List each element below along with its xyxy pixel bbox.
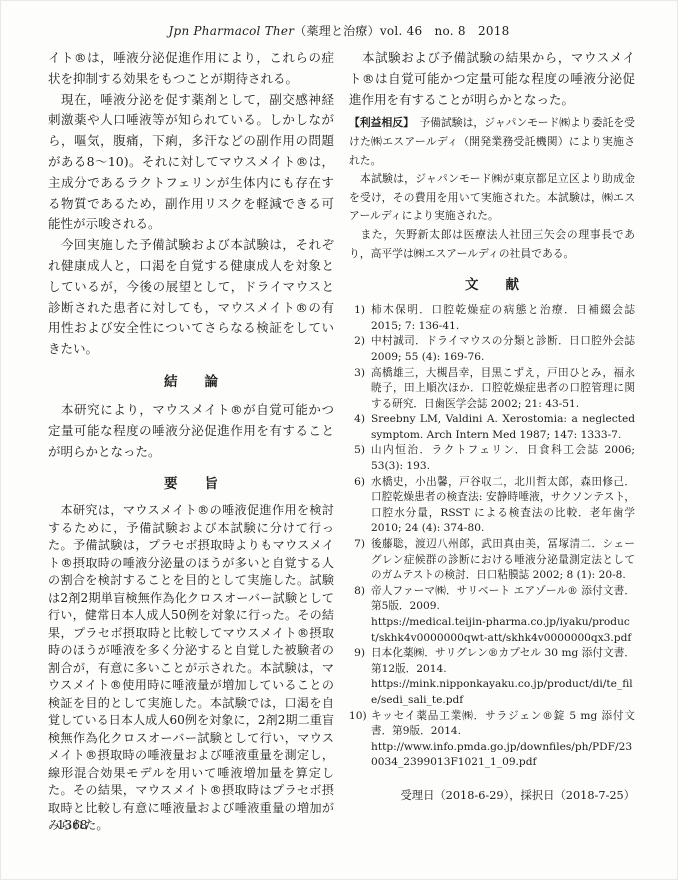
receipt-acceptance-dates: 受理日（2018-6-29），採択日（2018-7-25） xyxy=(349,787,635,803)
right-column: 本試験および予備試験の結果から，マウスメイト®は自覚可能かつ定量可能な程度の唾液… xyxy=(349,48,635,803)
reference-number: 2) xyxy=(349,334,365,350)
reference-number: 6) xyxy=(349,475,365,491)
results-paragraph: 本試験および予備試験の結果から，マウスメイト®は自覚可能かつ定量可能な程度の唾液… xyxy=(349,48,635,110)
body-paragraph: 現在，唾液分泌を促す薬剤として，副交感神経刺激薬や人口唾液等が知られている。しか… xyxy=(48,90,334,236)
body-paragraph-continuation: イト®は，唾液分泌促進作用により，これらの症状を抑制する効果をもつことが期待され… xyxy=(48,48,334,90)
reference-number: 7) xyxy=(349,537,365,553)
journal-page: Jpn Pharmacol Ther（薬理と治療）vol. 46 no. 8 2… xyxy=(0,0,678,880)
reference-number: 1) xyxy=(349,303,365,319)
reference-item: 6)水橋史，小出馨，戸谷収二，北川哲太郎，森田修己．口腔乾燥患者の検査法: 安静… xyxy=(349,475,635,537)
reference-url: http://www.info.pmda.go.jp/downfiles/ph/… xyxy=(371,740,635,771)
coi-paragraph: また，矢野新太郎は医療法人社団三矢会の理事長であり，高平学は㈱エスアールディの社… xyxy=(349,226,635,263)
journal-title: Jpn Pharmacol Ther xyxy=(168,24,294,38)
journal-header: Jpn Pharmacol Ther（薬理と治療）vol. 46 no. 8 2… xyxy=(0,22,678,39)
reference-item: 2)中村誠司．ドライマウスの分類と診断．日口腔外会誌 2009; 55 (4):… xyxy=(349,334,635,365)
reference-item: 4)Sreebny LM, Valdini A. Xerostomia: a n… xyxy=(349,412,635,443)
reference-item: 7)後藤聡，渡辺八州郎，武田真由美，冨塚清二．シェーグレン症候群の診断における唾… xyxy=(349,537,635,584)
reference-url: https://mink.nipponkayaku.co.jp/product/… xyxy=(371,677,635,708)
reference-item: 3)高橋雄三，大槻昌幸，目黒こずえ，戸田ひとみ，福永暁子，田上順次ほか．口腔乾燥… xyxy=(349,366,635,413)
conclusion-paragraph: 本研究により，マウスメイト®が自覚可能かつ定量可能な程度の唾液分泌促進作用を有す… xyxy=(48,400,334,462)
body-paragraph: 今回実施した予備試験および本試験は，それぞれ健康成人と，口渇を自覚する健康成人を… xyxy=(48,235,334,360)
section-heading-references: 文 献 xyxy=(349,273,635,293)
journal-issue-info: （薬理と治療）vol. 46 no. 8 2018 xyxy=(294,24,509,38)
reference-number: 4) xyxy=(349,412,365,428)
section-heading-conclusion: 結 論 xyxy=(48,370,334,390)
reference-item: 9)日本化薬㈱．サリグレン®カプセル 30 mg 添付文書．第12版．2014.… xyxy=(349,646,635,708)
page-number: 1368 xyxy=(57,818,88,832)
reference-url: https://medical.teijin-pharma.co.jp/iyak… xyxy=(371,615,635,646)
coi-paragraph: 本試験は，ジャパンモード㈱が東京都足立区より助成金を受け，その費用を用いて実施さ… xyxy=(349,170,635,226)
reference-number: 8) xyxy=(349,584,365,600)
reference-item: 5)山内恒治．ラクトフェリン．日食科工会誌 2006; 53(3): 193. xyxy=(349,443,635,474)
reference-number: 10) xyxy=(349,709,365,725)
section-heading-abstract: 要 旨 xyxy=(48,472,334,492)
conflict-of-interest-section: 【利益相反】 予備試験は，ジャパンモード㈱より委託を受けた㈱エスアールディ（開発… xyxy=(349,114,635,263)
left-column: イト®は，唾液分泌促進作用により，これらの症状を抑制する効果をもつことが期待され… xyxy=(48,48,334,835)
coi-paragraph: 【利益相反】 予備試験は，ジャパンモード㈱より委託を受けた㈱エスアールディ（開発… xyxy=(349,114,635,170)
reference-list: 1)柿木保明．口腔乾燥症の病態と治療．日補綴会誌 2015; 7: 136-41… xyxy=(349,303,635,771)
reference-item: 1)柿木保明．口腔乾燥症の病態と治療．日補綴会誌 2015; 7: 136-41… xyxy=(349,303,635,334)
reference-item: 8)帝人ファーマ㈱．サリベート エアゾール® 添付文書．第5版．2009.htt… xyxy=(349,584,635,646)
reference-item: 10)キッセイ薬品工業㈱．サラジェン®錠 5 mg 添付文書．第9版．2014.… xyxy=(349,709,635,771)
reference-number: 5) xyxy=(349,443,365,459)
abstract-paragraph: 本研究は，マウスメイト®の唾液促進作用を検討するために，予備試験および本試験に分… xyxy=(48,502,334,835)
reference-number: 9) xyxy=(349,646,365,662)
coi-label: 【利益相反】 xyxy=(349,116,409,129)
reference-number: 3) xyxy=(349,366,365,382)
